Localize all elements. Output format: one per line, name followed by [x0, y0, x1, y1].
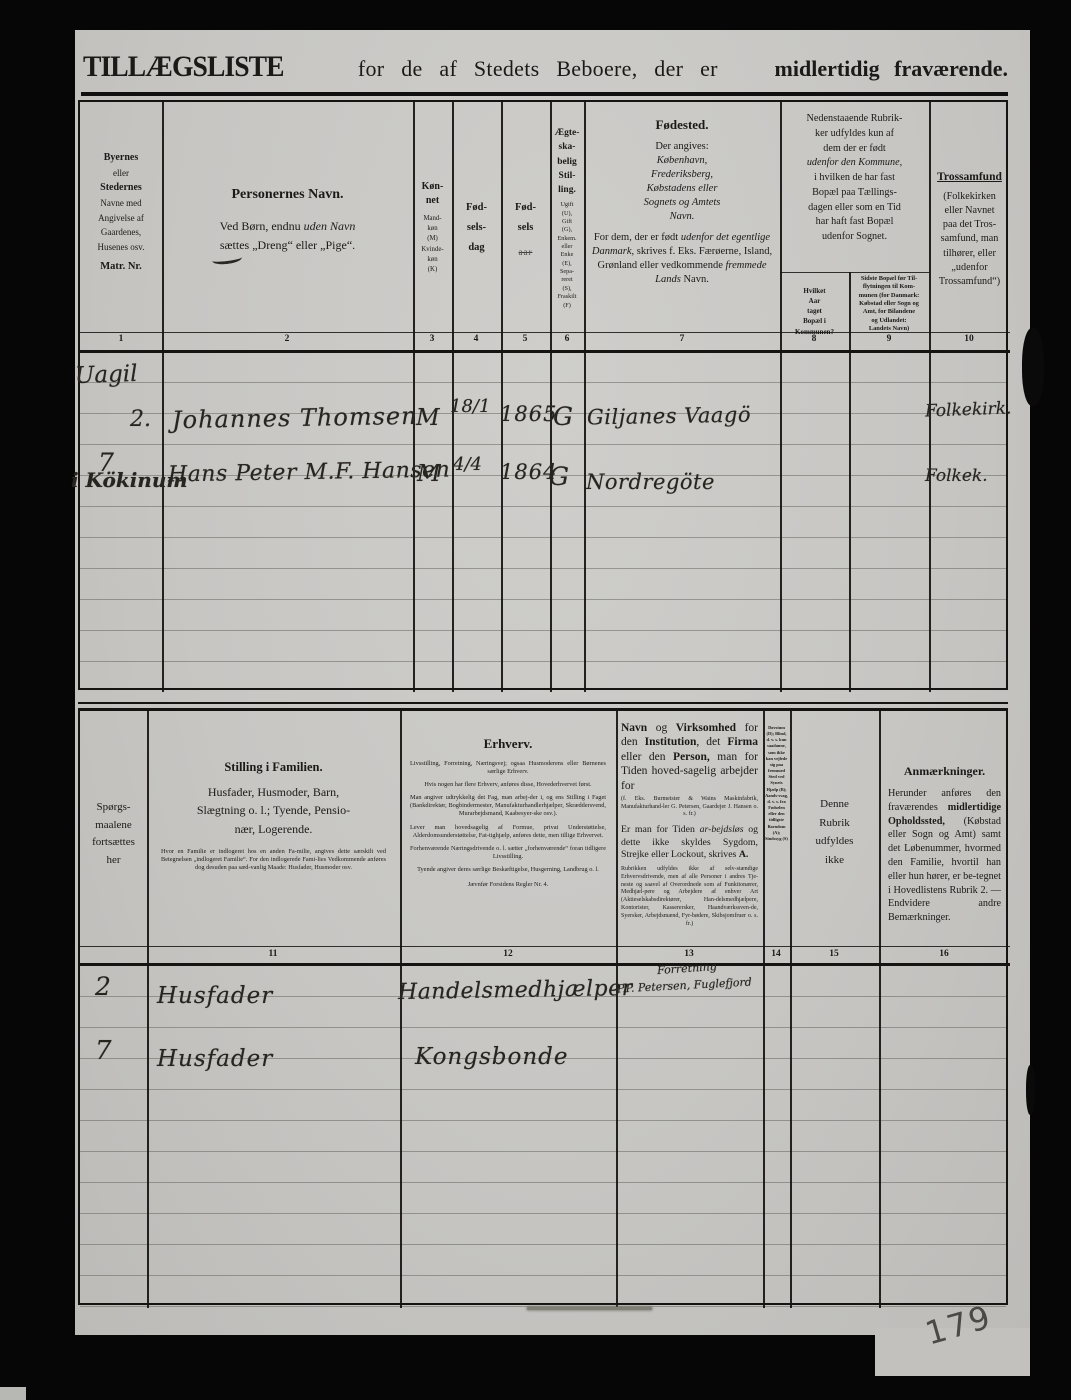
form-title-emphasis: midlertidig fraværende.: [775, 56, 1008, 82]
header-col11-title: Stilling i Familien.: [147, 759, 400, 776]
entry-row1-number: 2.: [130, 407, 151, 432]
colnum-12: 12: [503, 949, 513, 959]
header-col1-text: eller: [80, 166, 162, 180]
number-row-top-line: [80, 946, 1010, 947]
ink-blob: [1026, 1065, 1035, 1115]
header-col1: Byernes eller Stedernes Navne med Angive…: [80, 150, 162, 276]
header-col3-title: Køn- net: [413, 180, 452, 207]
title-rule: [81, 92, 1008, 96]
colnum-1: 1: [119, 334, 124, 344]
header-col12-footnote: Jævnfør Forsidens Regler Nr. 4.: [400, 881, 616, 890]
header-group-italic: udenfor den Kommune,: [780, 156, 929, 171]
header-col5: Fød- sels aar: [501, 198, 550, 258]
colnum-13: 13: [684, 949, 694, 959]
form-title: TILLÆGSLISTE for de af Stedets Beboere, …: [83, 50, 1008, 84]
table-upper: Byernes eller Stedernes Navne med Angive…: [78, 100, 1008, 690]
header-col13-fine1: (f. Eks. Burmeister & Wains Maskinfabrik…: [621, 796, 758, 819]
entry-b-row2-number: 7: [95, 1036, 112, 1066]
header-col12-title: Erhverv.: [400, 735, 616, 753]
header-col9-text: Sidste Bopæl før Til- flytningen til Kom…: [849, 275, 929, 333]
header-col13-italic: ar-bejdsløs: [700, 824, 744, 835]
entry-row1-marital-status: G: [553, 402, 573, 431]
header-col13-text: og: [647, 722, 676, 734]
header-col16-title: Anmærkninger.: [888, 763, 1001, 779]
entry-row2-birthplace: Nordregöte: [586, 470, 715, 494]
header-col1-text: Navne med Angivelse af Gaardenes, Husene…: [80, 196, 162, 254]
header-col13-bold: Person,: [673, 751, 710, 763]
entry-row1-birthplace: Giljanes Vaagö: [587, 403, 751, 430]
header-col1-matrnr: Matr. Nr.: [80, 259, 162, 276]
entry-b-row2-family-position: Husfader: [157, 1046, 273, 1072]
header-col6-title: Ægte- ska- belig Stil- ling.: [550, 126, 584, 197]
header-col3-codes: Mand- køn (M) Kvinde- køn (K): [413, 214, 452, 275]
printer-imprint: [527, 1307, 652, 1310]
colnum-4: 4: [474, 334, 479, 344]
header-col13-p2: Er man for Tiden ar-bejdsløs og dette ik…: [621, 824, 758, 861]
header-col3: Køn- net Mand- køn (M) Kvinde- køn (K): [413, 180, 452, 275]
header-col7-p2: For dem, der er født udenfor det egentli…: [584, 231, 780, 288]
colnum-15: 15: [829, 949, 839, 959]
entry-b-row1-family-position: Husfader: [157, 983, 273, 1009]
header-col11: Stilling i Familien. Husfader, Husmoder,…: [147, 759, 400, 872]
header-col8-sub: Hvilket Aar taget Bopæl i Kommunen?: [780, 286, 849, 337]
entry-row1-faith: Folkekirk.: [925, 398, 1012, 421]
header-col10-text: (Folkekirken eller Navnet paa det Tros- …: [929, 190, 1010, 290]
colnum-14: 14: [771, 949, 781, 959]
colnum-10: 10: [964, 334, 974, 344]
entry-row1-birthyear: 1865: [500, 402, 557, 426]
header-col13-bold: Institution: [645, 736, 697, 748]
column-line: [849, 272, 851, 692]
header-col13-text: eller den: [621, 751, 673, 763]
ruled-lines-lower: [80, 966, 1006, 1308]
header-col2-sub: Ved Børn, endnu uden Navn sættes „Dreng“…: [162, 217, 413, 255]
entry-b-row1-number: 2: [95, 972, 111, 1001]
header-col15-text: Denne Rubrik udfyldes ikke: [790, 795, 879, 870]
header-col7-p1-italic: København, Frederiksberg, Købstadens ell…: [584, 154, 780, 225]
header-col11-main: Husfader, Husmoder, Barn, Slægtning o. l…: [147, 783, 400, 839]
entry-row2-faith: Folkek.: [925, 466, 988, 486]
header-col12-p: Forhenværende Næringsdrivende o. l. sætt…: [410, 845, 606, 861]
header-col2-title: Personernes Navn.: [162, 186, 413, 205]
entry-row2-marital-status: G: [549, 462, 569, 491]
header-col16-body: Herunder anføres den fraværendes midlert…: [888, 787, 1001, 925]
entry-row2-sex: M: [417, 461, 441, 487]
header-col7: Fødested. Der angives: København, Freder…: [584, 116, 780, 287]
header-col2-sub-italic: uden Navn: [304, 219, 356, 233]
header-col13-text: Er man for Tiden: [621, 824, 700, 835]
header-col5-title: Fød- sels: [501, 198, 550, 238]
colnum-11: 11: [269, 949, 278, 959]
colnum-9: 9: [887, 334, 892, 344]
header-col1-bold: Stedernes: [80, 180, 162, 196]
header-col12-p: Tyende angiver deres særlige Beskæftigel…: [410, 866, 606, 874]
continuation-label: Spørgs- maalene fortsættes her: [80, 799, 147, 869]
header-group-text: i hvilken de har fast Bopæl paa Tællings…: [808, 172, 901, 242]
ink-blob: [1022, 328, 1044, 406]
header-col16-text: (Købstad eller Sogn og Amt) samt det Løb…: [888, 816, 1001, 923]
header-col2: Personernes Navn. Ved Børn, endnu uden N…: [162, 186, 413, 255]
entry-row2-name: Hans Peter M.F. Hansen: [168, 458, 451, 488]
entry-row1-sex: M: [416, 405, 440, 431]
header-col7-p2-text: Navn.: [683, 274, 708, 285]
header-col7-p1: Der angives:: [584, 140, 780, 154]
header-col16: Anmærkninger. Herunder anføres den fravæ…: [879, 763, 1010, 925]
header-col2-sub-text: Ved Børn, endnu: [220, 219, 304, 233]
header-col13: Navn og Virksomhed for den Institution, …: [616, 721, 763, 928]
header-col4-title: Fød- sels- dag: [452, 198, 501, 258]
colnum-7: 7: [680, 334, 685, 344]
number-row-bottom-line: [80, 963, 1010, 966]
colnum-5: 5: [523, 334, 528, 344]
entry-row1-name: Johannes Thomsen: [172, 402, 418, 434]
header-col10: Trossamfund (Folkekirken eller Navnet pa…: [929, 170, 1010, 289]
header-col15: Denne Rubrik udfyldes ikke: [790, 795, 879, 870]
header-col12-p: Hvis nogen har flere Erhverv, anføres di…: [410, 781, 606, 789]
header-col4: Fød- sels- dag: [452, 198, 501, 258]
group-split-line: [780, 272, 929, 273]
header-col12-p: Lever man hovedsagelig af Formue, privat…: [410, 824, 606, 840]
header-col14: Døvstum (D); Blind, d. v. s. kun saadann…: [763, 725, 790, 842]
colnum-6: 6: [565, 334, 570, 344]
header-col8-text: Hvilket Aar taget Bopæl i Kommunen?: [780, 286, 849, 337]
continuation-label-text: Spørgs- maalene fortsættes her: [80, 799, 147, 869]
header-col7-title: Fødested.: [584, 116, 780, 134]
header-col11-fine: Hvor en Familie er indlogeret hos en and…: [161, 848, 386, 873]
header-col14-codes: Døvstum (D); Blind, d. v. s. kun saadann…: [763, 725, 790, 842]
header-col12-p: Livsstilling, Forretning, Næringsvej; og…: [410, 760, 606, 776]
form-title-main: TILLÆGSLISTE: [83, 50, 284, 84]
scan-edge-sliver: [0, 1387, 26, 1400]
header-col1-bold: Byernes: [80, 150, 162, 166]
header-col13-text: , det: [696, 736, 727, 748]
header-col8-9-group: Nedenstaaende Rubrik- ker udfyldes kun a…: [780, 112, 929, 245]
header-col10-title: Trossamfund: [929, 170, 1010, 186]
entry-row1-birthday: 18/1: [450, 396, 490, 417]
header-col9-sub: Sidste Bopæl før Til- flytningen til Kom…: [849, 275, 929, 333]
header-col13-p1: Navn og Virksomhed for den Institution, …: [621, 721, 758, 793]
header-col13-bold: A.: [739, 849, 749, 860]
entry-row1-place: Uagil: [75, 361, 138, 389]
header-col2-sub-text2: sættes „Dreng“ eller „Pige“.: [162, 236, 413, 255]
header-col13-bold: Navn: [621, 722, 647, 734]
lower-table-top-rule: [78, 702, 1008, 704]
header-col12: Erhverv. Livsstilling, Forretning, Nærin…: [400, 735, 616, 890]
scan-background: { "colors":{"paper":"#c8c7c3","ink":"#1b…: [0, 0, 1071, 1400]
form-title-mid: for de af Stedets Beboere, der er: [358, 56, 718, 82]
entry-b-row2-occupation: Kongsbonde: [415, 1044, 568, 1070]
header-col13-fine2: Rubrikken udfyldes ikke af selv-stændige…: [621, 866, 758, 928]
number-row-bottom-line: [80, 350, 1010, 353]
colnum-16: 16: [939, 949, 949, 959]
entry-row2-birthday: 4/4: [453, 454, 482, 475]
header-col5-struck: aar: [501, 246, 550, 258]
entry-b-row1-occupation: Handelsmedhjælper: [398, 976, 633, 1005]
colnum-2: 2: [285, 334, 290, 344]
header-col6-codes: Ugift (U), Gift (G), Enkem. eller Enke (…: [550, 201, 584, 310]
header-col13-bold: Firma: [727, 736, 758, 748]
header-col12-p: Man angiver udtrykkelig det Fag, man arb…: [410, 794, 606, 819]
header-col7-p2-text: For dem, der er født: [594, 232, 681, 243]
column-line: [501, 102, 503, 692]
header-col6: Ægte- ska- belig Stil- ling. Ugift (U), …: [550, 126, 584, 310]
colnum-3: 3: [430, 334, 435, 344]
colnum-8: 8: [812, 334, 817, 344]
header-group-text: Nedenstaaende Rubrik- ker udfyldes kun a…: [807, 113, 903, 154]
header-col13-bold: Virksomhed: [676, 722, 736, 734]
census-form-page: TILLÆGSLISTE for de af Stedets Beboere, …: [75, 30, 1030, 1335]
